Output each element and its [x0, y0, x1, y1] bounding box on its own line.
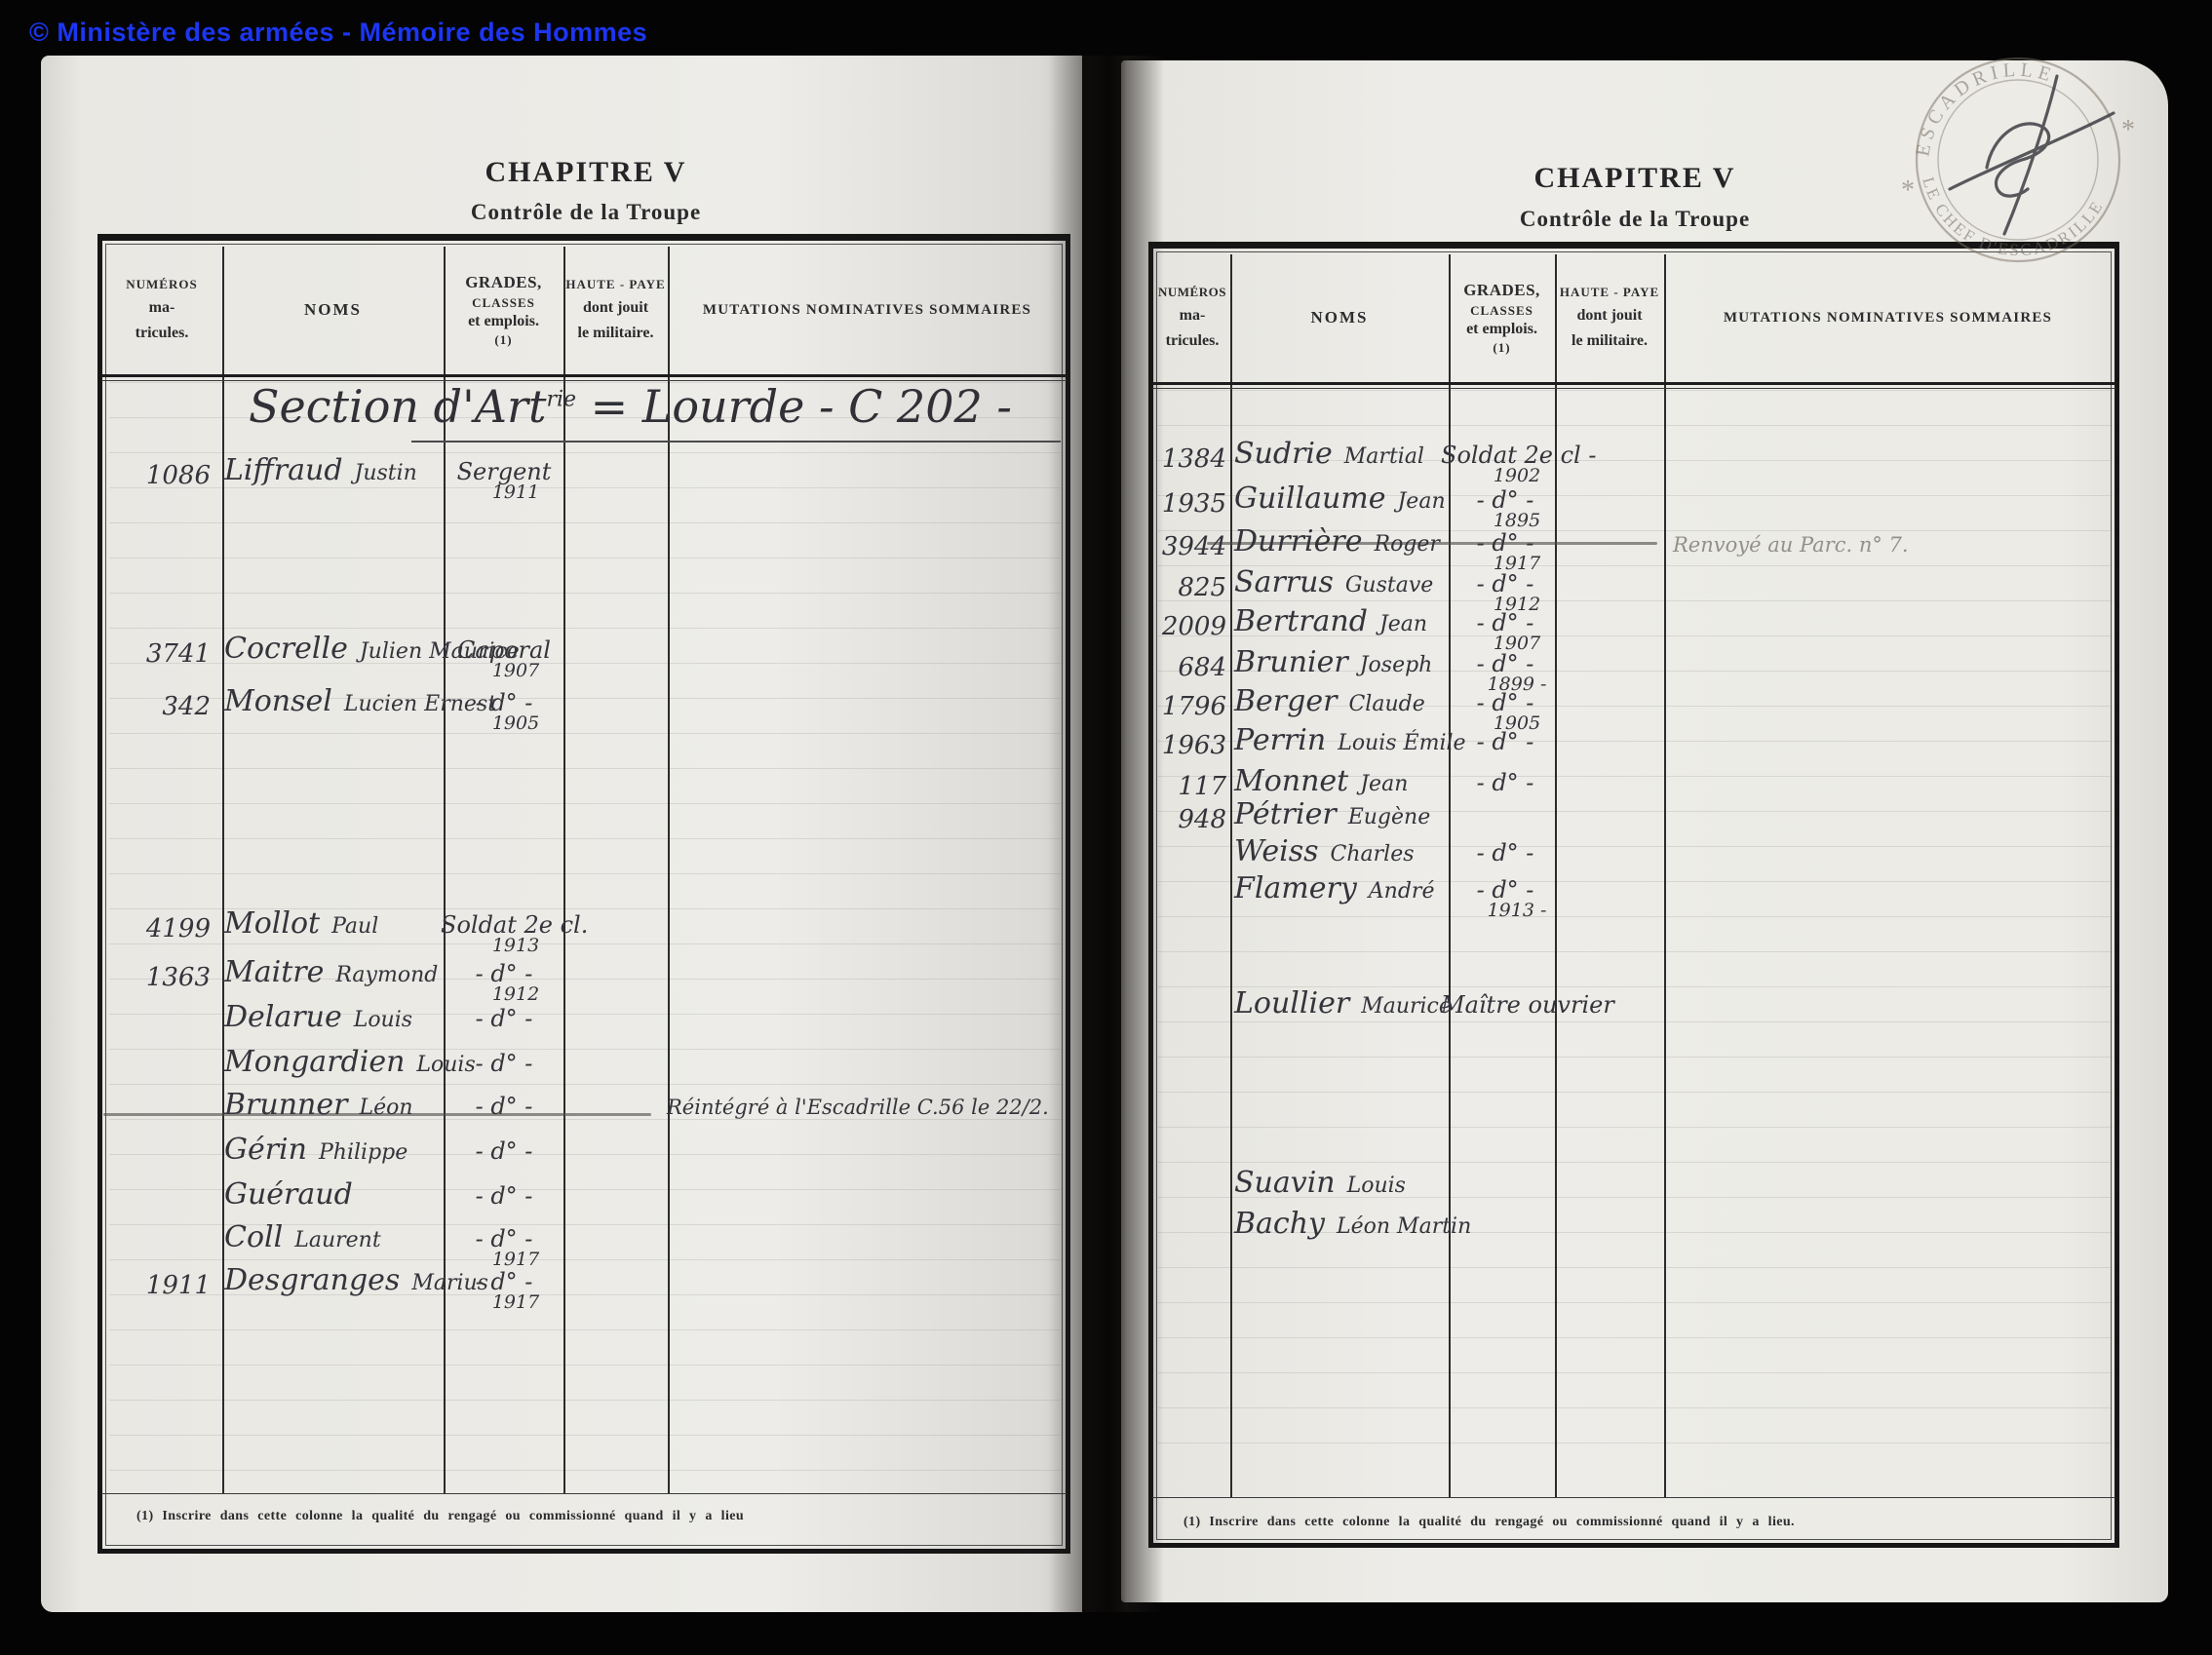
soldier-given-name: Jean — [1379, 612, 1427, 636]
soldier-name: BachyLéon Martin — [1234, 1207, 1471, 1241]
soldier-given-name: Joseph — [1360, 653, 1433, 677]
matricule-number: 3944 — [1148, 532, 1226, 561]
soldier-given-name: Eugène — [1348, 805, 1431, 829]
soldier-given-name: Jean — [1397, 489, 1445, 514]
stamp-arc-top: ESCADRILLE — [1912, 59, 2058, 159]
matricule-number: 948 — [1148, 805, 1226, 834]
stamp-star-right: * — [2121, 115, 2135, 145]
soldier-given-name: Charles — [1331, 842, 1415, 866]
soldier-given-name: Gustave — [1345, 573, 1433, 597]
soldier-name: BergerClaude — [1234, 684, 1425, 718]
soldier-name: MonnetJean — [1234, 764, 1408, 798]
soldier-name: WeissCharles — [1234, 834, 1415, 868]
matricule-number: 684 — [1148, 653, 1226, 682]
grade-entry: - d° -1917 — [1441, 529, 1570, 574]
grade-entry: - d° -1895 — [1441, 486, 1570, 531]
svg-text:ESCADRILLE: ESCADRILLE — [1912, 59, 2058, 159]
soldier-given-name: Louis — [1347, 1174, 1406, 1198]
soldier-name: PerrinLouis Émile — [1234, 723, 1466, 757]
soldier-given-name: Maurice — [1361, 994, 1452, 1019]
soldier-name: BertrandJean — [1234, 604, 1427, 638]
matricule-number: 117 — [1148, 772, 1226, 801]
grade-entry: Maître ouvrier — [1441, 991, 1570, 1019]
soldier-given-name: André — [1369, 879, 1435, 904]
soldier-name: BrunierJoseph — [1234, 645, 1432, 679]
grade-entry: - d° - — [1441, 839, 1570, 866]
soldier-given-name: Claude — [1348, 692, 1424, 716]
footnote-left: (1) Inscrire dans cette colonne la quali… — [136, 1509, 744, 1524]
soldier-name: SuavinLouis — [1234, 1166, 1406, 1200]
matricule-number: 1935 — [1148, 489, 1226, 519]
stamp-arc-bottom: LE CHEF D'ESCADRILLE — [1919, 175, 2107, 260]
footnote-right: (1) Inscrire dans cette colonne la quali… — [1184, 1515, 1795, 1530]
grade-year: 1902 — [1453, 465, 1581, 486]
soldier-name: SudrieMartial — [1234, 437, 1424, 471]
grade-entry: - d° -1907 — [1441, 609, 1570, 654]
escadrille-stamp: ESCADRILLE LE CHEF D'ESCADRILLE * * — [1893, 43, 2143, 285]
soldier-name: FlameryAndré — [1234, 871, 1434, 905]
matricule-number: 1796 — [1148, 692, 1226, 721]
grade-entry: - d° - — [1441, 769, 1570, 796]
soldier-given-name: Jean — [1360, 772, 1408, 796]
matricule-number: 1963 — [1148, 731, 1226, 760]
soldier-given-name: Roger — [1375, 532, 1440, 557]
matricule-number: 2009 — [1148, 612, 1226, 641]
rows-layer-right: 1384SudrieMartialSoldat 2e cl -19021935G… — [0, 0, 2212, 1655]
soldier-given-name: Léon Martin — [1337, 1214, 1471, 1239]
mutation-note: Renvoyé au Parc. n° 7. — [1673, 533, 1909, 557]
soldier-name: PétrierEugène — [1234, 797, 1430, 831]
grade-entry: - d° -1913 - — [1441, 876, 1570, 921]
grade-entry: - d° - — [1441, 728, 1570, 755]
grade-year: 1913 - — [1453, 900, 1581, 921]
soldier-name: LoullierMaurice — [1234, 986, 1452, 1020]
matricule-number: 825 — [1148, 573, 1226, 602]
grade-year: 1895 — [1453, 510, 1581, 531]
soldier-given-name: Martial — [1344, 444, 1424, 469]
svg-text:LE CHEF D'ESCADRILLE: LE CHEF D'ESCADRILLE — [1919, 175, 2107, 260]
soldier-name: DurrièreRoger — [1234, 524, 1440, 558]
soldier-name: GuillaumeJean — [1234, 481, 1446, 516]
soldier-name: SarrusGustave — [1234, 565, 1433, 599]
stamp-star-left: * — [1901, 175, 1915, 206]
grade-entry: Soldat 2e cl -1902 — [1441, 442, 1570, 486]
matricule-number: 1384 — [1148, 444, 1226, 474]
